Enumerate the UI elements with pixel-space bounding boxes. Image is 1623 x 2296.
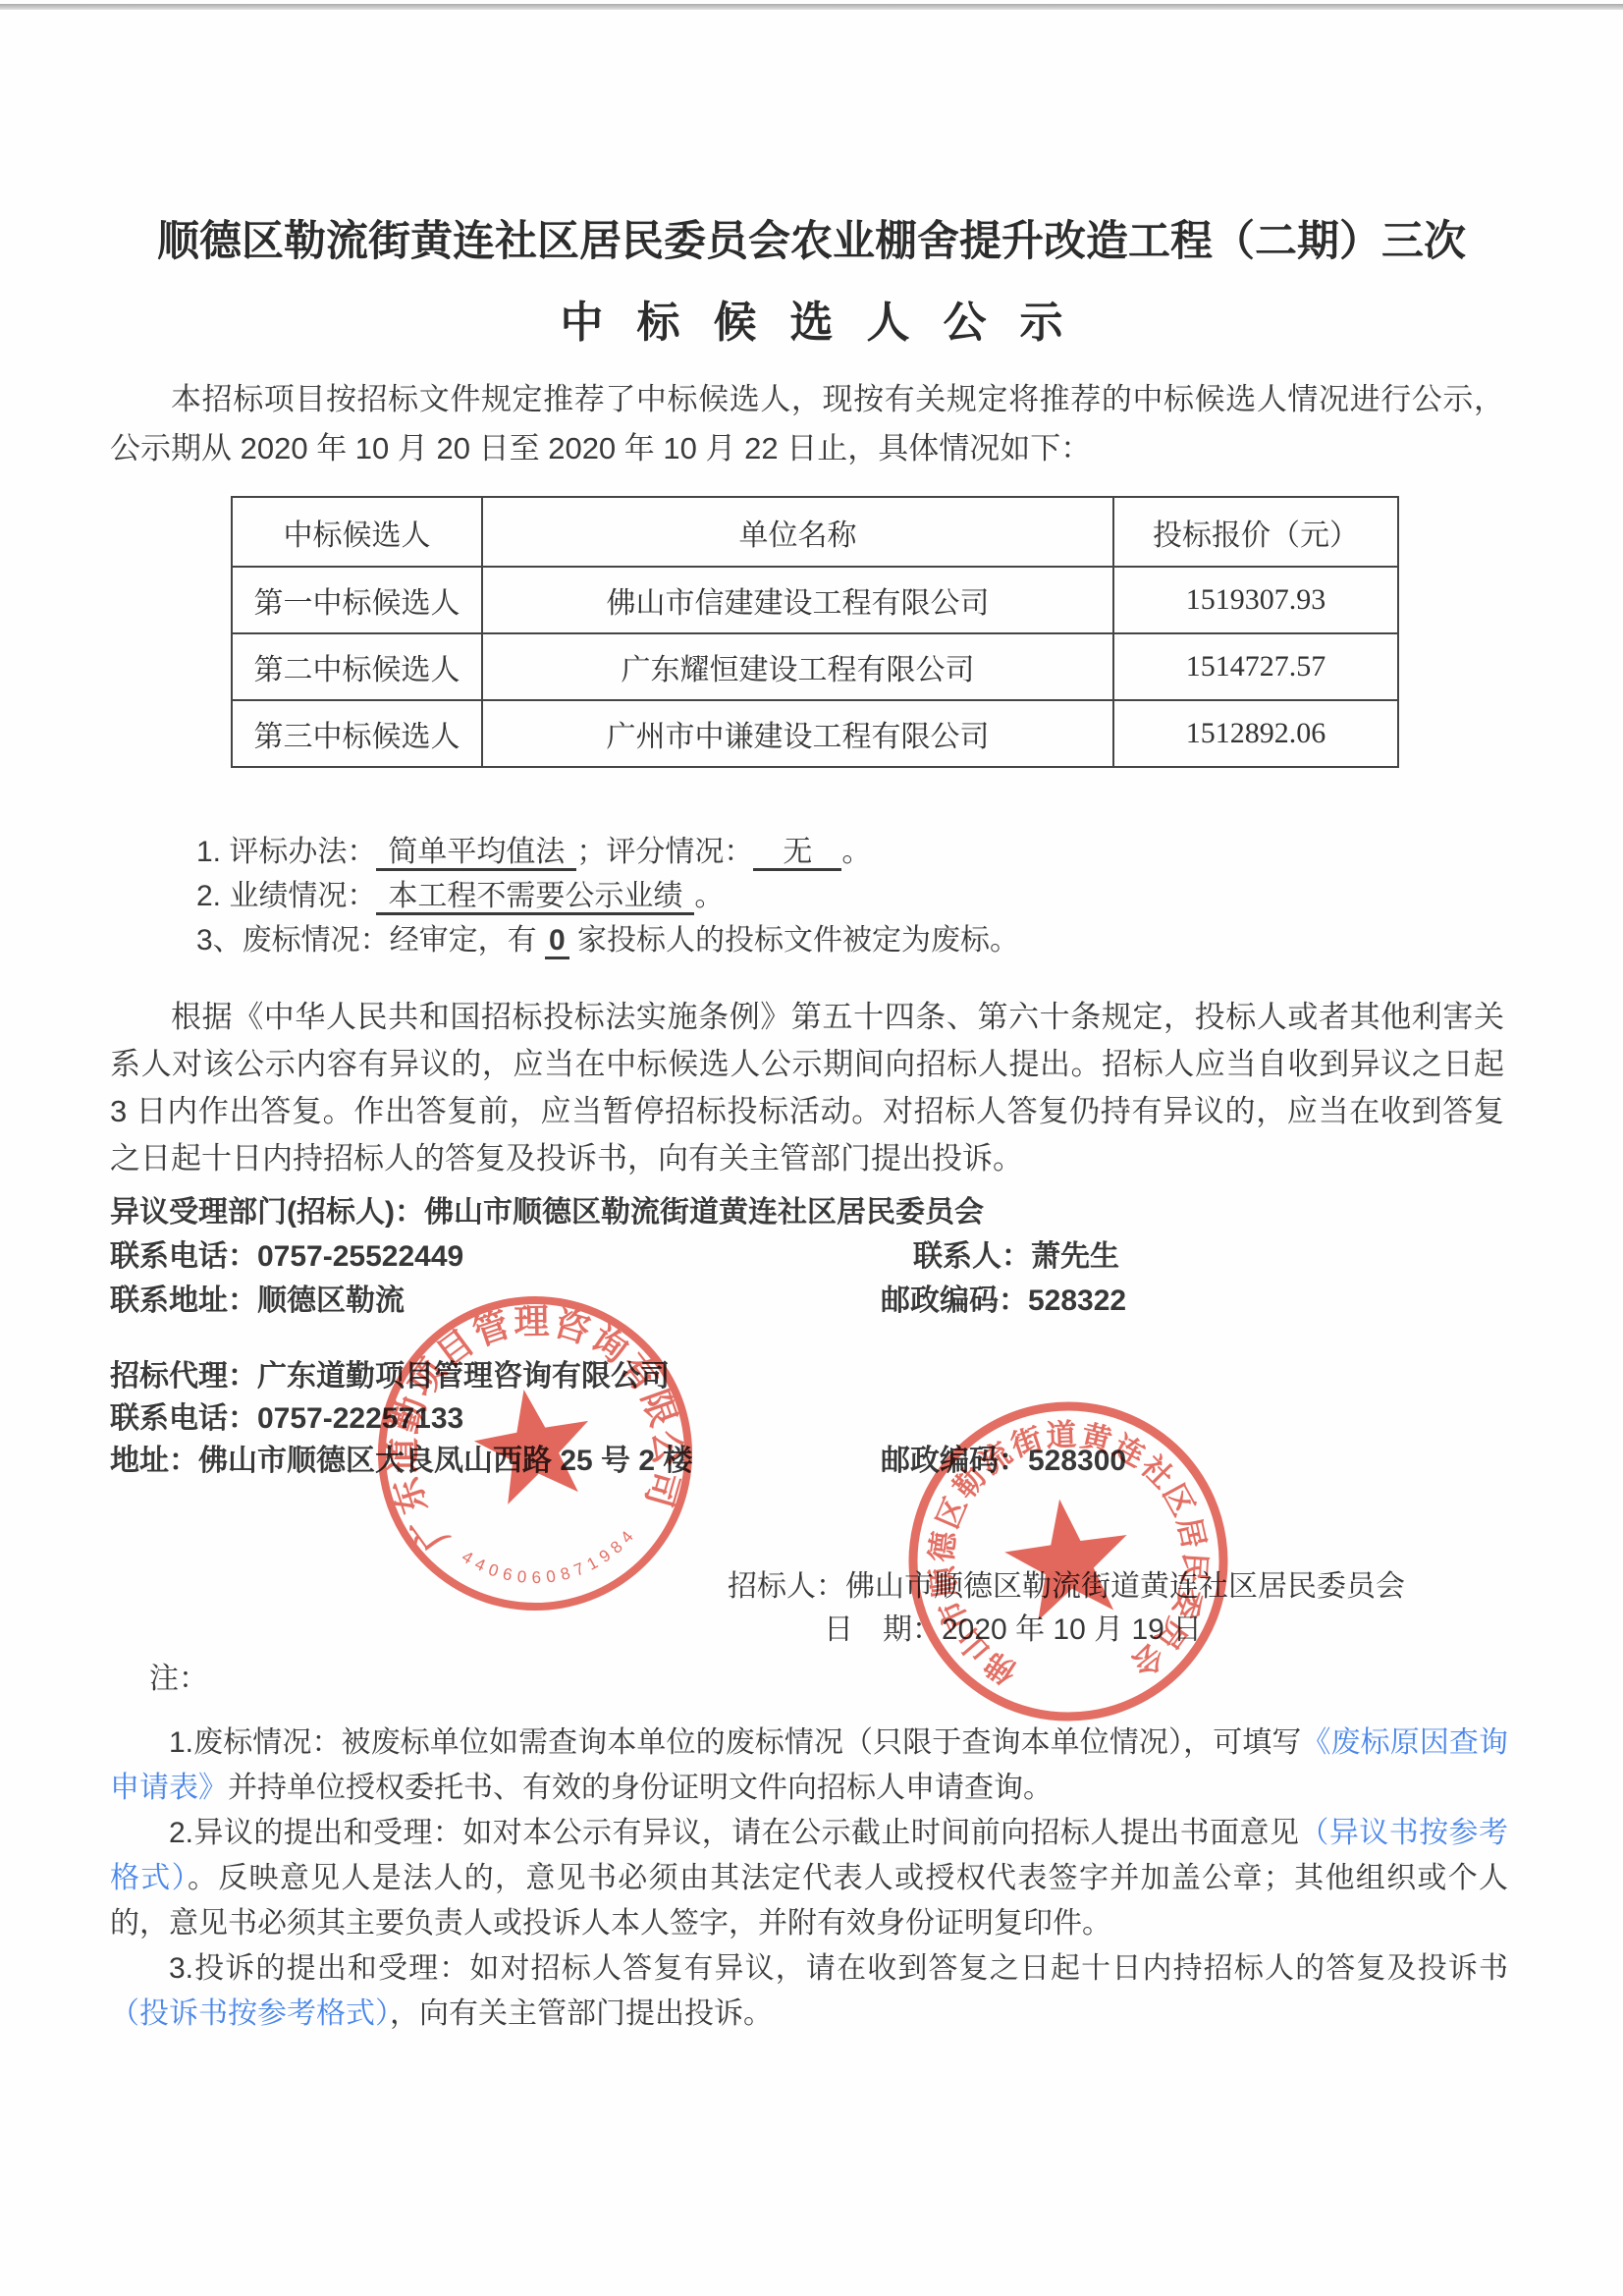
eval1-prefix: 1. 评标办法： xyxy=(196,836,376,868)
agent-block: 招标代理：广东道勤项目管理咨询有限公司 联系电话：0757-22257133 地… xyxy=(110,1355,1504,1482)
eval1-method-underlined: 简单平均值法 xyxy=(376,836,576,871)
table-header-row: 中标候选人 单位名称 投标报价（元） xyxy=(232,497,1398,567)
seal-serial-text: 4406060871984 xyxy=(457,1517,647,1602)
header-price: 投标报价（元） xyxy=(1113,497,1398,567)
contact-person: 联系人：萧先生 xyxy=(913,1234,1119,1279)
complaint-letter-format-link[interactable]: （投诉书按参考格式） xyxy=(110,1997,390,2030)
note3-text: 3.投诉的提出和受理：如对招标人答复有异议，请在收到答复之日起十日内持招标人的答… xyxy=(169,1952,1508,1985)
candidate-company: 广州市中谦建设工程有限公司 xyxy=(482,700,1113,767)
eval3-count-underlined: 0 xyxy=(545,924,569,959)
note3-text-post: ，向有关主管部门提出投诉。 xyxy=(390,1997,773,2030)
note1-text: 1.废标情况：被废标单位如需查询本单位的废标情况（只限于查询本单位情况），可填写 xyxy=(169,1726,1301,1759)
tenderer-signoff: 招标人：佛山市顺德区勒流街道黄连社区居民委员会 xyxy=(728,1561,1405,1605)
table-row: 第三中标候选人 广州市中谦建设工程有限公司 1512892.06 xyxy=(232,700,1398,767)
note2-text-post: 。反映意见人是法人的，意见书必须由其法定代表人或授权代表签字并加盖公章；其他组织… xyxy=(110,1862,1508,1940)
agent-seal-serial: 4406060871984 xyxy=(457,1517,647,1602)
agent-postcode: 邮政编码：528300 xyxy=(881,1440,1126,1482)
signoff-date: 日 期：2020 年 10 月 19 日 xyxy=(824,1605,1202,1648)
rejected-bids-item: 3、废标情况：经审定，有 0 家投标人的投标文件被定为废标。 xyxy=(196,918,1019,962)
eval3-prefix: 3、废标情况：经审定，有 xyxy=(196,924,545,957)
eval2-suffix: 。 xyxy=(694,880,724,912)
legal-basis-paragraph: 根据《中华人民共和国招标投标法实施条例》第五十四条、第六十条规定，投标人或者其他… xyxy=(110,994,1504,1182)
eval1-score-underlined: 无 xyxy=(753,836,841,871)
eval2-underlined: 本工程不需要公示业绩 xyxy=(376,880,694,915)
table-row: 第二中标候选人 广东耀恒建设工程有限公司 1514727.57 xyxy=(232,633,1398,700)
evaluation-list: 1. 评标办法：简单平均值法；评分情况：无。 2. 业绩情况：本工程不需要公示业… xyxy=(196,830,1019,962)
note-complaint-procedure: 3.投诉的提出和受理：如对招标人答复有异议，请在收到答复之日起十日内持招标人的答… xyxy=(110,1946,1508,2037)
table-row: 第一中标候选人 佛山市信建建设工程有限公司 1519307.93 xyxy=(232,567,1398,633)
scan-edge-artifact xyxy=(0,4,1623,10)
bid-candidates-table: 中标候选人 单位名称 投标报价（元） 第一中标候选人 佛山市信建建设工程有限公司… xyxy=(231,496,1399,768)
agent-address: 地址：佛山市顺德区大良凤山西路 25 号 2 楼 xyxy=(110,1445,692,1477)
note-dispute-procedure: 2.异议的提出和受理：如对本公示有异议，请在公示截止时间前向招标人提出书面意见（… xyxy=(110,1811,1508,1946)
notes-section: 1.废标情况：被废标单位如需查询本单位的废标情况（只限于查询本单位情况），可填写… xyxy=(110,1721,1508,2037)
evaluation-method-item: 1. 评标办法：简单平均值法；评分情况：无。 xyxy=(196,830,1019,874)
notes-label: 注： xyxy=(149,1654,208,1697)
candidate-rank: 第一中标候选人 xyxy=(232,567,482,633)
dispute-contact-block: 异议受理部门(招标人)：佛山市顺德区勒流街道黄连社区居民委员会 联系电话：075… xyxy=(110,1190,1504,1323)
eval3-suffix: 家投标人的投标文件被定为废标。 xyxy=(569,924,1019,957)
candidate-company: 广东耀恒建设工程有限公司 xyxy=(482,633,1113,700)
candidate-price: 1519307.93 xyxy=(1113,567,1398,633)
contact-address-line: 联系地址：顺德区勒流 邮政编码：528322 xyxy=(110,1279,1504,1323)
candidate-rank: 第三中标候选人 xyxy=(232,700,482,767)
candidate-rank: 第二中标候选人 xyxy=(232,633,482,700)
performance-item: 2. 业绩情况：本工程不需要公示业绩。 xyxy=(196,874,1019,918)
agent-address-line: 地址：佛山市顺德区大良凤山西路 25 号 2 楼 邮政编码：528300 xyxy=(110,1440,1504,1482)
document-title-line2: 中标候选人公示 xyxy=(0,287,1623,350)
contact-address: 联系地址：顺德区勒流 xyxy=(110,1285,405,1317)
header-company: 单位名称 xyxy=(482,497,1113,567)
eval2-prefix: 2. 业绩情况： xyxy=(196,880,376,912)
candidate-price: 1514727.57 xyxy=(1113,633,1398,700)
eval1-suffix: 。 xyxy=(841,836,871,868)
eval1-mid: ；评分情况： xyxy=(576,836,753,868)
intro-paragraph: 本招标项目按招标文件规定推荐了中标候选人，现按有关规定将推荐的中标候选人情况进行… xyxy=(110,375,1504,473)
note2-text: 2.异议的提出和受理：如对本公示有异议，请在公示截止时间前向招标人提出书面意见 xyxy=(169,1817,1299,1849)
agent-name-line: 招标代理：广东道勤项目管理咨询有限公司 xyxy=(110,1355,1504,1397)
dispute-dept-line: 异议受理部门(招标人)：佛山市顺德区勒流街道黄连社区居民委员会 xyxy=(110,1190,1504,1234)
document-title-line1: 顺德区勒流街黄连社区居民委员会农业棚舍提升改造工程（二期）三次 xyxy=(0,208,1623,268)
document-page: 顺德区勒流街黄连社区居民委员会农业棚舍提升改造工程（二期）三次 中标候选人公示 … xyxy=(0,0,1623,2296)
candidate-price: 1512892.06 xyxy=(1113,700,1398,767)
candidate-company: 佛山市信建建设工程有限公司 xyxy=(482,567,1113,633)
agent-phone-line: 联系电话：0757-22257133 xyxy=(110,1397,1504,1440)
note1-text-post: 并持单位授权委托书、有效的身份证明文件向招标人申请查询。 xyxy=(228,1772,1053,1804)
contact-phone: 联系电话：0757-25522449 xyxy=(110,1240,463,1273)
contact-phone-line: 联系电话：0757-25522449 联系人：萧先生 xyxy=(110,1234,1504,1279)
note-rejected-bid-query: 1.废标情况：被废标单位如需查询本单位的废标情况（只限于查询本单位情况），可填写… xyxy=(110,1721,1508,1811)
header-candidate: 中标候选人 xyxy=(232,497,482,567)
contact-postcode: 邮政编码：528322 xyxy=(881,1279,1126,1323)
